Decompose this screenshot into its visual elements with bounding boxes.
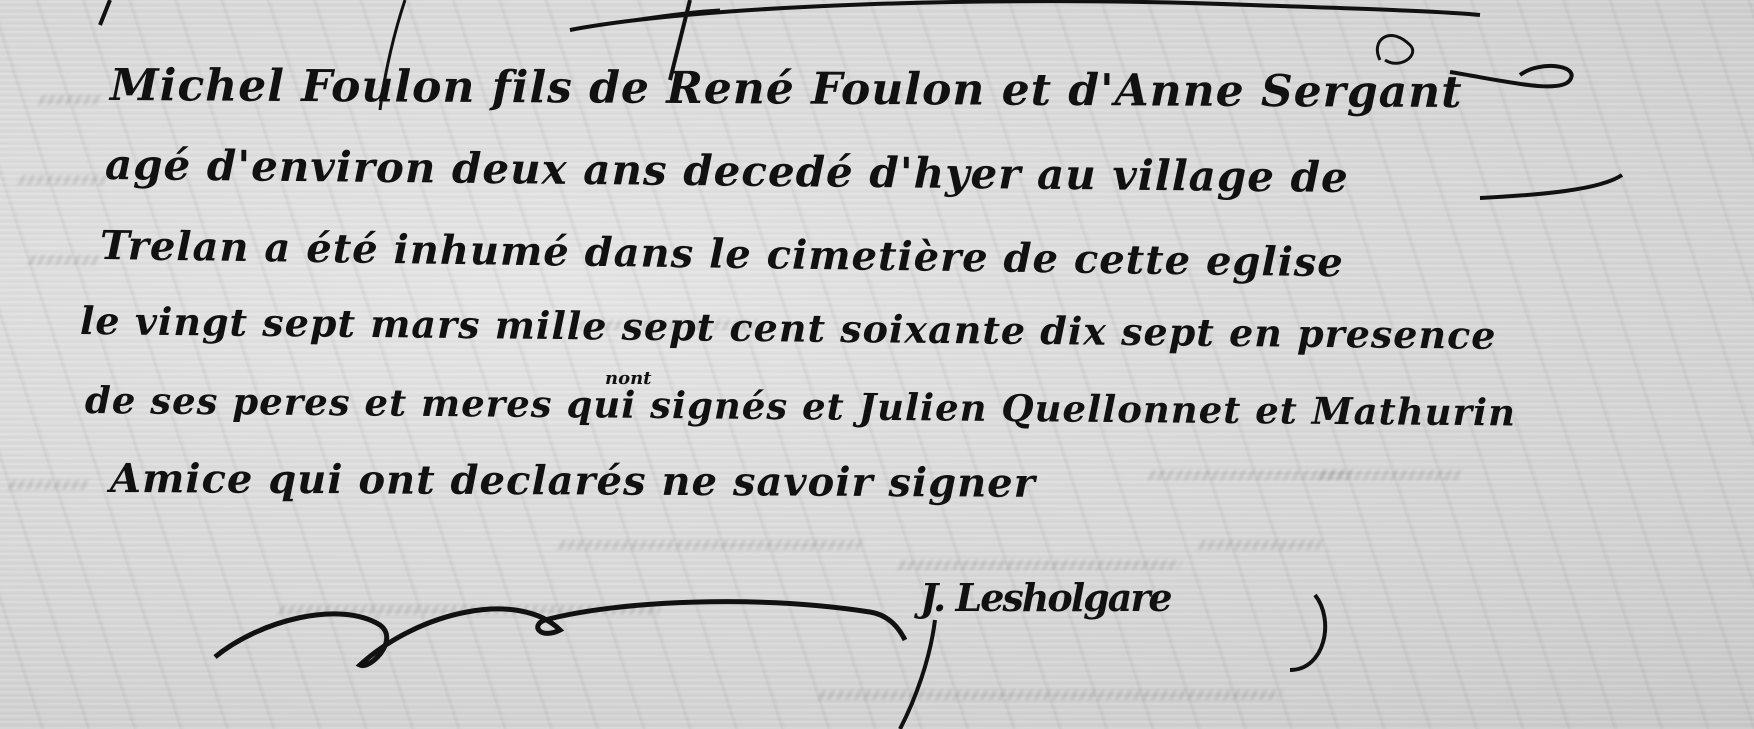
record-line-6: Amice qui ont declarés ne savoir signer	[110, 455, 1036, 507]
priest-signature: J. Lesholgare	[920, 575, 1171, 620]
record-line-1: Michel Foulon fils de René Foulon et d'A…	[110, 60, 1463, 118]
